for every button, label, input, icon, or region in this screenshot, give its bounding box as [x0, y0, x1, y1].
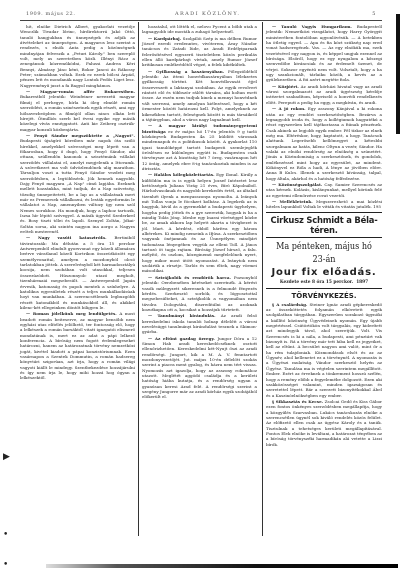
page-edge-shadow [396, 14, 400, 134]
article: — Fenyő Sándor megszöktette a „Nagyot". … [20, 133, 135, 235]
article-headline: — Az eltűnt gazdag özvegy. [148, 336, 215, 341]
article-headline: — Nagy vasúti katasztrófa. [26, 235, 107, 240]
article-headline: — Sztrájkolók és rendőrök harca. [148, 275, 231, 280]
article-headline: — Tanuló Vagyis Hungarikum. [272, 24, 352, 29]
article: hit, elnöke Dietrich Albert, gyakorlati … [20, 24, 135, 88]
article: — Közönségszolgálat. Cay. Samier Szerenc… [266, 182, 382, 198]
ad-date: Ma pénteken, május hó 23-án [275, 238, 374, 266]
ad-number: 1897 [356, 280, 368, 285]
article: — Tanuló Vagyis Hungarikum. Budapestről … [266, 24, 382, 83]
article-body: A most beadott román beiteserve, az magy… [20, 311, 135, 380]
article-body: ez év május hó 17-én jelentős 9 g tarló … [142, 129, 257, 171]
article-headline: — Magyar-román affér Bukarestben. [26, 89, 135, 94]
newspaper-page: 1909. május 22. ARADI KÖZLÖNY. 5 hit, el… [0, 0, 402, 574]
article-headline: — Mellékleteink. [272, 199, 313, 204]
article-headline: — Közönségszolgálat. [272, 182, 322, 187]
newspaper-title: ARADI KÖZLÖNY. [175, 11, 240, 17]
article-headline: — Roman jólelkünk meg lendülgetés. [26, 311, 117, 316]
margin-dot-mark: • [3, 560, 8, 570]
article: § Sikkasztás és Kecse. Zsolcai Gedő és K… [266, 399, 382, 447]
article-headline: — Gyilkosság a kaszárnyában. [148, 69, 224, 74]
article: — Az eltűnt gazdag özvegy. Jungor Dóra a… [142, 336, 257, 400]
page-number: 5 [372, 11, 376, 17]
article-body: Jungor Dóra a 12 Simon Hab aradi kereske… [142, 336, 257, 400]
column-3: — Tanuló Vagyis Hungarikum. Budapestről … [266, 24, 382, 448]
circus-advertisement: Cirkusz Schmidt a Béla-téren. Ma pénteke… [266, 212, 382, 289]
article-body: hozatalul, ott lőtték el, nelovo Pycent … [142, 24, 257, 34]
article: — Sztrájkolók és rendőrök harca. Pozsony… [142, 275, 257, 312]
article-headline: — Tanulmányi kirándulás. [148, 313, 216, 318]
page-bottom-edge [46, 564, 398, 568]
page-header: 1909. május 22. ARADI KÖZLÖNY. 5 [20, 10, 382, 21]
article: — A jó rokon. Egy asszony Kánjával a ki … [266, 106, 382, 181]
column-divider [138, 22, 139, 536]
article-body: Budapesti újságíró köreiben már napok ót… [20, 138, 135, 234]
article: — Gyilkosság a kaszárnyában. Pőlegzöldéb… [142, 69, 257, 122]
article-headline: — Halálos kőlegközlettartás. [148, 172, 215, 177]
article-body: Egy asszony Kánjával a ki rokona után az… [266, 106, 382, 180]
article-headline: § Sikkasztás és Kecse. [272, 399, 323, 404]
article: — Mellékleteink. Megszerezhető a mai köz… [266, 199, 382, 210]
article: — A magyar királyi tudományegyetemi bizo… [142, 123, 257, 171]
issue-date: 1909. május 22. [26, 11, 76, 17]
article: — Kardpárbaj. Szolgálói Szép is ma délbe… [142, 36, 257, 68]
article-body: Bertiniből táviratozzák: Ma délután a 5 … [20, 235, 135, 309]
column-divider [262, 22, 263, 536]
article-body: Szolgálói Szép is ma délben Rumor József… [142, 36, 257, 68]
article-body: Bukarestből jelentik: Weinfeiner nevezet… [20, 94, 135, 131]
ad-title: Cirkusz Schmidt a Béla-téren. [266, 215, 382, 238]
article-body: Egy Ilonal. Király a külföldön ma is is … [142, 172, 257, 273]
article-body: hit, elnöke Dietrich Albert, gyakorlati … [20, 24, 135, 88]
article-body: Pőlegzöldéből jelentik: Az itteni honvéd… [142, 69, 257, 122]
ad-start-time: Kezdete este 8 óra 15 perckor. 1897 [266, 279, 382, 286]
article: — Tanulmányi kirándulás. Az aradi felső … [142, 313, 257, 334]
article: — Roman jólelkünk meg lendülgetés. A mos… [20, 311, 135, 380]
ad-start-text: Kezdete este 8 óra 15 perckor. [280, 280, 353, 285]
column-2: hozatalul, ott lőtték el, nelovo Pycent … [142, 24, 257, 401]
article-body: Zsolcai Gedő és Kiss Gábor ezen fontos ö… [266, 399, 382, 447]
article-body: Steiner Ignác aradi gépkereskedő az össz… [266, 302, 382, 398]
margin-dot-mark: • [3, 530, 8, 540]
article-body: Pozsonyból jelentik: Oerzbenében kérések… [142, 275, 257, 312]
margin-arrow-mark: ▶ [3, 452, 10, 462]
article: — Magyar-román affér Bukarestben. Bukare… [20, 89, 135, 132]
ad-event: Jour fix előadás. [266, 266, 382, 279]
article: — Halálos kőlegközlettartás. Egy Ilonal.… [142, 172, 257, 274]
article-headline: — Közjóért. [272, 84, 299, 89]
article: — Nagy vasúti katasztrófa. Bertiniből tá… [20, 235, 135, 310]
article-headline: — A jó rokon. [272, 106, 306, 111]
article-headline: — Fenyő Sándor megszöktette a „Nagyot". [26, 133, 135, 138]
column-1: hit, elnöke Dietrich Albert, gyakorlati … [20, 24, 135, 382]
article: — Közjóért. Az aradi kórházi hivatal vag… [266, 84, 382, 105]
article: § A csalárdság. Steiner Ignác aradi gépk… [266, 302, 382, 398]
section-title: TÖRVÉNYKEZÉS. [266, 291, 382, 301]
article-headline: § A csalárdság. [272, 302, 307, 307]
article-body: Budapestről jelentik: Nemzetközi vizsgál… [266, 24, 382, 82]
article-headline: — Kardpárbaj. [148, 36, 181, 41]
article: hozatalul, ott lőtték el, nelovo Pycent … [142, 24, 257, 35]
